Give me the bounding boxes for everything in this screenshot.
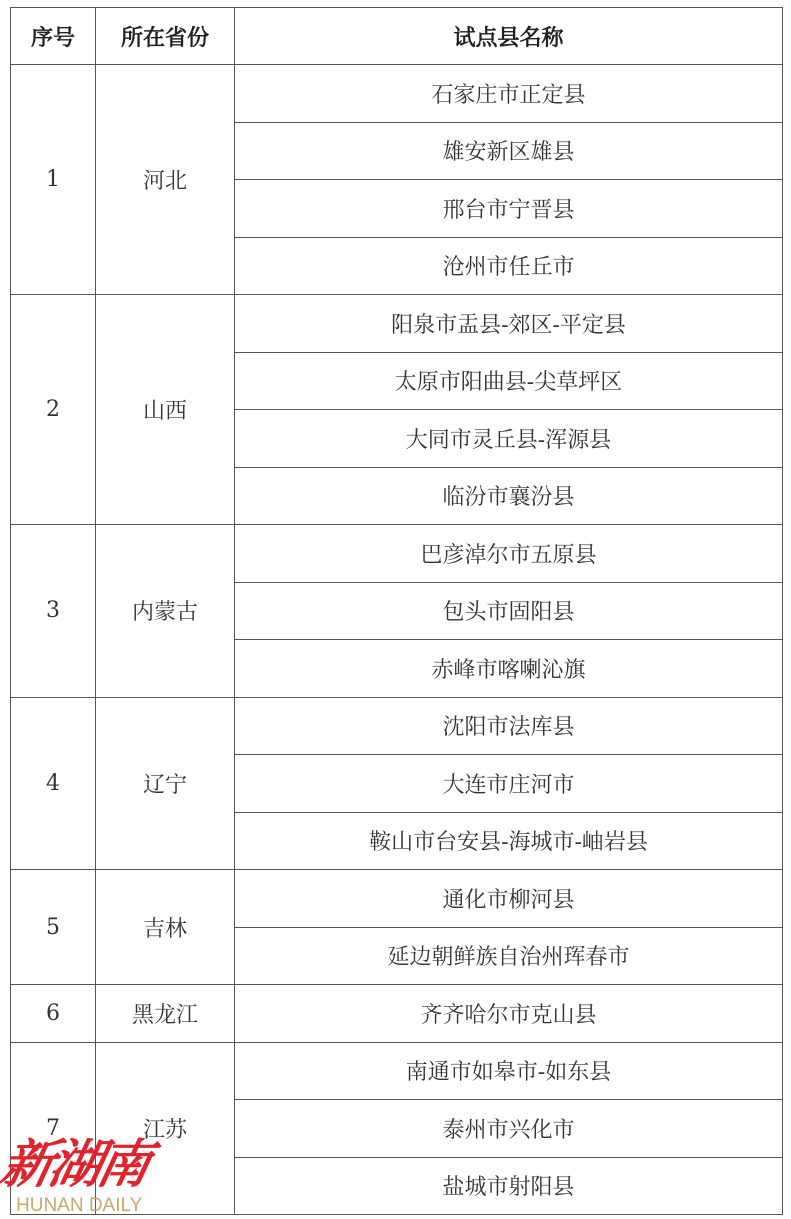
- cell-county-name: 石家庄市正定县: [235, 65, 783, 123]
- table-row: 5吉林通化市柳河县: [11, 870, 783, 928]
- header-index: 序号: [11, 8, 96, 65]
- cell-county-name: 包头市固阳县: [235, 582, 783, 640]
- cell-province: 黑龙江: [96, 985, 235, 1043]
- cell-index: 7: [11, 1042, 96, 1215]
- cell-county-name: 太原市阳曲县-尖草坪区: [235, 352, 783, 410]
- cell-county-name: 赤峰市喀喇沁旗: [235, 640, 783, 698]
- cell-county-name: 沧州市任丘市: [235, 237, 783, 295]
- cell-index: 5: [11, 870, 96, 985]
- table-row: 7江苏南通市如皋市-如东县: [11, 1042, 783, 1100]
- cell-county-name: 南通市如皋市-如东县: [235, 1042, 783, 1100]
- cell-county-name: 临汾市襄汾县: [235, 467, 783, 525]
- cell-county-name: 大同市灵丘县-浑源县: [235, 410, 783, 468]
- cell-province: 江苏: [96, 1042, 235, 1215]
- table-row: 3内蒙古巴彦淖尔市五原县: [11, 525, 783, 583]
- cell-county-name: 雄安新区雄县: [235, 122, 783, 180]
- cell-county-name: 通化市柳河县: [235, 870, 783, 928]
- pilot-county-table: 序号 所在省份 试点县名称 1河北石家庄市正定县雄安新区雄县邢台市宁晋县沧州市任…: [10, 7, 783, 1215]
- cell-county-name: 巴彦淖尔市五原县: [235, 525, 783, 583]
- cell-province: 河北: [96, 65, 235, 295]
- cell-county-name: 鞍山市台安县-海城市-岫岩县: [235, 812, 783, 870]
- header-row: 序号 所在省份 试点县名称: [11, 8, 783, 65]
- table-row: 4辽宁沈阳市法库县: [11, 697, 783, 755]
- cell-county-name: 沈阳市法库县: [235, 697, 783, 755]
- cell-county-name: 泰州市兴化市: [235, 1100, 783, 1158]
- cell-county-name: 邢台市宁晋县: [235, 180, 783, 238]
- cell-index: 1: [11, 65, 96, 295]
- cell-county-name: 盐城市射阳县: [235, 1157, 783, 1215]
- table-body: 1河北石家庄市正定县雄安新区雄县邢台市宁晋县沧州市任丘市2山西阳泉市盂县-郊区-…: [11, 65, 783, 1215]
- cell-county-name: 延边朝鲜族自治州珲春市: [235, 927, 783, 985]
- table-row: 1河北石家庄市正定县: [11, 65, 783, 123]
- cell-index: 6: [11, 985, 96, 1043]
- cell-county-name: 齐齐哈尔市克山县: [235, 985, 783, 1043]
- cell-county-name: 阳泉市盂县-郊区-平定县: [235, 295, 783, 353]
- cell-province: 辽宁: [96, 697, 235, 870]
- cell-index: 3: [11, 525, 96, 698]
- cell-index: 2: [11, 295, 96, 525]
- cell-province: 内蒙古: [96, 525, 235, 698]
- cell-province: 山西: [96, 295, 235, 525]
- header-province: 所在省份: [96, 8, 235, 65]
- table-row: 6黑龙江齐齐哈尔市克山县: [11, 985, 783, 1043]
- cell-index: 4: [11, 697, 96, 870]
- cell-county-name: 大连市庄河市: [235, 755, 783, 813]
- header-county-name: 试点县名称: [235, 8, 783, 65]
- cell-province: 吉林: [96, 870, 235, 985]
- table-row: 2山西阳泉市盂县-郊区-平定县: [11, 295, 783, 353]
